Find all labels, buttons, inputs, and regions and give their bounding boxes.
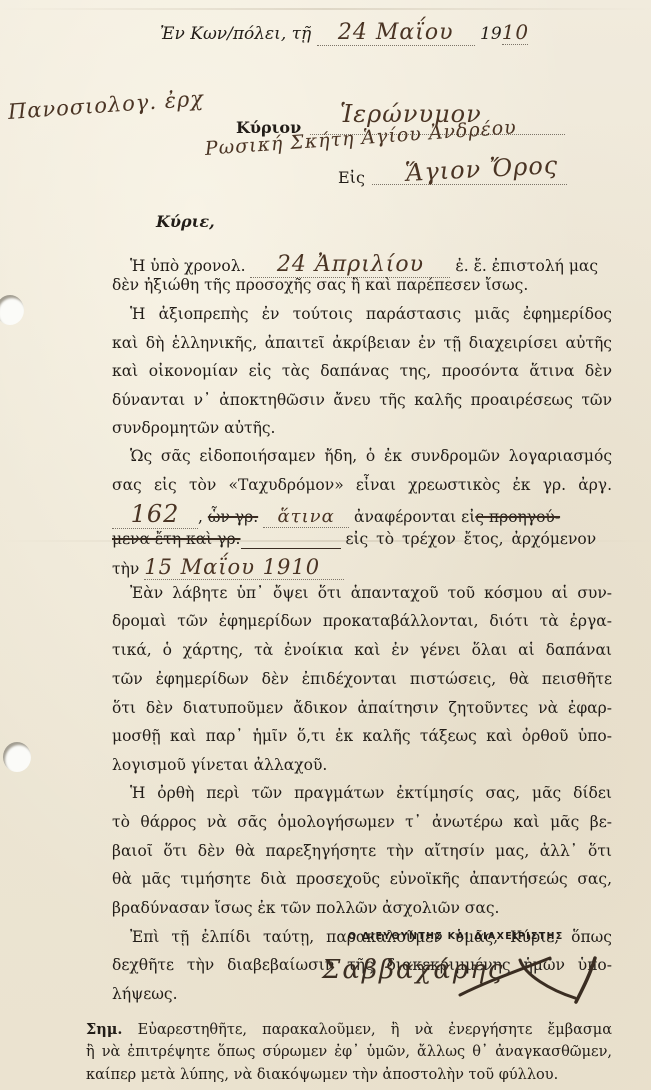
- signature-strokes: [320, 950, 610, 1010]
- signatory-title: Ο ΔΙΕΥΘΥΝΤΗΣ ΚΑΙ ΔΙΑΧΕΙΡΙΣΤΗΣ: [348, 931, 564, 942]
- paragraph-2-line: Ἡ ἀξιοπρεπὴς ἐν τούτοις παράστασις μιᾶς …: [130, 305, 612, 323]
- paragraph-4-line: λογισμοῦ γίνεται ἀλλαχοῦ.: [112, 756, 612, 774]
- paragraph-5-line: τὸ θάρρος νὰ σᾶς ὁμολογήσωμεν τ᾽ ἀνωτέρω…: [112, 813, 612, 831]
- p1-handwritten-date: 24 Ἀπριλίου: [250, 252, 450, 278]
- paragraph-5-line: θὰ μᾶς τιμήσητε διὰ προσεχοῦς εὐνοϊκῆς ἀ…: [112, 870, 612, 888]
- p3-line5-prefix: τὴν: [112, 560, 139, 578]
- paragraph-5-line: βαιοῖ ὅτι δὲν θὰ παρεξηγήσητε τὴν αἴτησί…: [112, 842, 612, 860]
- struck-text: μενα ἔτη καὶ γρ.: [112, 530, 241, 548]
- start-date-handwritten: 15 Μαΐου 1910: [144, 555, 344, 580]
- p1-suffix: ἐ. ἔ. ἐπιστολή μας: [455, 257, 598, 275]
- year-printed: 19: [480, 24, 502, 44]
- paragraph-1-line-1: Ἡ ὑπὸ χρονολ. 24 Ἀπριλίου ἐ. ἔ. ἐπιστολή…: [130, 252, 598, 278]
- paragraph-3-line: σας εἰς τὸν «Ταχυδρόμον» εἶναι χρεωστικὸ…: [112, 476, 612, 494]
- handwritten-date: 24 Μαΐου: [317, 20, 475, 46]
- paragraph-3-line: Ὡς σᾶς εἰδοποιήσαμεν ἤδη, ὁ ἐκ συνδρομῶν…: [130, 447, 612, 465]
- paragraph-2-line: καὶ δὴ ἑλληνικῆς, ἀπαιτεῖ ἀκρίβειαν ἐν τ…: [112, 334, 612, 352]
- paragraph-5-line: Ἡ ὀρθὴ περὶ τῶν πραγμάτων ἐκτίμησίς σας,…: [130, 784, 612, 802]
- note-line-2: ἢ νὰ ἐπιτρέψητε ὅπως σύρωμεν ἐφ᾽ ὑμῶν, ἄ…: [86, 1044, 612, 1060]
- paragraph-2-line: συνδρομητῶν αὐτῆς.: [112, 419, 612, 437]
- year-handwritten: 10: [502, 20, 528, 45]
- word-handwritten: ἅτινα: [263, 506, 349, 528]
- paragraph-1-line-2: δὲν ἠξιώθη τῆς προσοχῆς σας ἢ καὶ παρέπε…: [112, 276, 612, 294]
- paragraph-2-line: καὶ οἰκονομίαν εἰς τὰς δαπάνας της, προσ…: [112, 362, 612, 380]
- note-label: Σημ.: [86, 1021, 122, 1038]
- salutation: Κύριε,: [156, 212, 215, 231]
- paragraph-4-line: ὅτι δὲν διατυποῦμεν ἄδικον ἀπαίτησιν ζητ…: [112, 699, 612, 717]
- paragraph-3-line-start-date: τὴν 15 Μαΐου 1910: [112, 555, 344, 580]
- paragraph-4-line: μοσθῇ καὶ παρ᾽ ἡμῖν ὅ,τι ἐκ καλῆς τάξεως…: [112, 727, 612, 745]
- amount-handwritten: 162: [112, 500, 198, 529]
- paragraph-4-line: δρομαὶ τῶν ἐφημερίδων προκαταβάλλονται, …: [112, 612, 612, 630]
- letter-paper: Ἐν Κων/πόλει, τῇ 24 Μαΐου 1910 Πανοσιολο…: [0, 0, 651, 1090]
- punch-hole: [0, 295, 24, 325]
- note-text: Εὐαρεστηθῆτε, παρακαλοῦμεν, ἢ νὰ ἐνεργήσ…: [138, 1022, 612, 1038]
- p1-prefix: Ἡ ὑπὸ χρονολ.: [130, 257, 246, 275]
- struck-text: ς προηγού-: [475, 508, 560, 526]
- paragraph-4-line: τικά, ὁ χάρτης, τὰ ἐνοίκια καὶ ἐν γένει …: [112, 641, 612, 659]
- paragraph-4-line: Ἐὰν λάβητε ὑπ᾽ ὄψει ὅτι ἁπανταχοῦ τοῦ κό…: [130, 584, 612, 602]
- struck-blank: [241, 530, 341, 549]
- paragraph-4-line: τῶν ἐφημερίδων δὲν ἐπιδέχονται πιστώσεις…: [112, 670, 612, 688]
- place-date-prefix: Ἐν Κων/πόλει, τῇ: [160, 24, 311, 44]
- destination-handwritten: Ἅγιον Ὄρος: [404, 151, 558, 187]
- paragraph-3-line-amount: 162, ὧν γρ. ἅτινα ἀναφέρονται εἰς προηγο…: [112, 500, 560, 529]
- destination-label: Εἰς: [338, 168, 365, 187]
- punch-hole: [3, 742, 31, 772]
- p3-mid: ἀναφέρονται εἰ: [354, 508, 475, 526]
- place-date-line: Ἐν Κων/πόλει, τῇ 24 Μαΐου 1910: [160, 20, 528, 46]
- p3-line4-suffix: εἰς τὸ τρέχον ἔτος, ἀρχόμενον: [345, 530, 596, 548]
- recipient-honorific-handwritten: Πανοσιολογ. ἐρχ: [7, 86, 205, 124]
- paragraph-2-line: δύνανται ν᾽ ἀποκτηθῶσιν ἄνευ τῆς καλῆς π…: [112, 391, 612, 409]
- paragraph-3-line-struck: μενα ἔτη καὶ γρ. εἰς τὸ τρέχον ἔτος, ἀρχ…: [112, 530, 596, 549]
- paper-fold: [0, 8, 651, 10]
- paragraph-5-line: βραδύνασαν ἴσως ἐκ τῶν πολλῶν ἀσχολιῶν σ…: [112, 899, 612, 917]
- note-line-1: Σημ. Εὐαρεστηθῆτε, παρακαλοῦμεν, ἢ νὰ ἐν…: [86, 1021, 612, 1038]
- note-line-3: καίπερ μετὰ λύπης, νὰ διακόψωμεν τὴν ἀπο…: [86, 1067, 612, 1083]
- struck-text: ὧν γρ.: [208, 508, 258, 526]
